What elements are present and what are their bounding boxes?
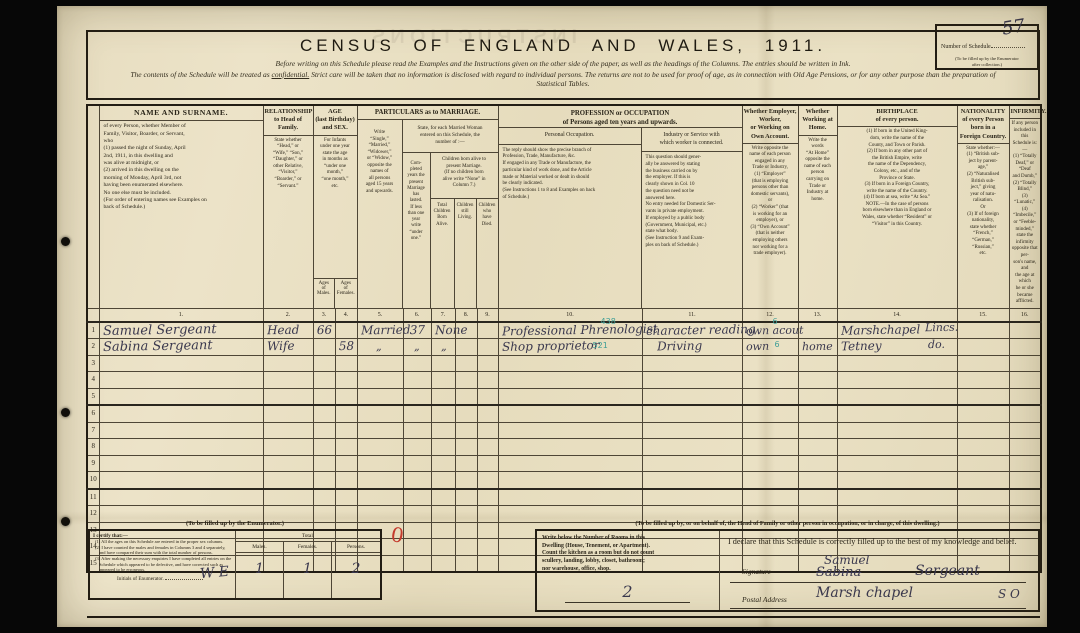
marriage-group-title: PARTICULARS as to MARRIAGE. [358,106,498,120]
cell-at-home: home [798,339,837,356]
name-column-instructions: of every Person, whether Member of Famil… [100,121,263,308]
total-label: Total. [236,531,380,542]
cell-years-married [403,405,431,422]
column-number: 13. [798,308,837,322]
handwriting: Shop proprietor [501,339,599,354]
row-number: 1 [87,322,99,339]
cell-condition: Married [357,322,403,339]
cell-relationship [263,405,313,422]
handwriting: Tetney [840,340,881,354]
cell-name [99,355,263,372]
cell-children-died [477,489,498,506]
cell-children-living [455,472,477,489]
handwriting: Samuel Sergeant [102,323,216,338]
table-row: 7 [87,422,1041,439]
handwriting: Marshchapel [840,323,920,337]
row-number-column-header [87,105,99,308]
cell-condition [357,455,403,472]
cell-birthplace [837,422,957,439]
postal-address-suffix: S O [998,587,1020,601]
form-header: CENSUS OF ENGLAND AND WALES, 1911. Befor… [86,30,1040,100]
column-header-marriage: PARTICULARS as to MARRIAGE. Write “Singl… [357,105,498,308]
cell-infirmity [1009,439,1041,456]
certify-item-1: (1) All the ages on this Schedule are en… [93,539,232,545]
cell-infirmity [1009,372,1041,389]
personal-occupation-title: Personal Occupation. [499,128,641,145]
cell-relationship [263,455,313,472]
cell-age-male [313,455,335,472]
ages-of-females-label: Ages of Females. [335,278,357,308]
cell-years-married [403,539,431,556]
cell-birthplace [837,455,957,472]
cell-children-died [477,372,498,389]
cell-children-died [477,388,498,405]
handwriting: 1 [284,561,331,577]
instruction-2-pre: The contents of the Schedule will be tre… [130,70,271,79]
cell-children-died [477,506,498,523]
cell-nationality [957,405,1009,422]
cell-children-born [431,472,455,489]
column-number: 9. [477,308,498,322]
cell-industry [642,472,742,489]
personal-occupation-instructions: The reply should show the precise branch… [499,145,641,308]
cell-children-born: „ [431,339,455,356]
column-header-profession: PROFESSION or OCCUPATION of Persons aged… [498,105,742,308]
table-row: 10 [87,472,1041,489]
cell-age-male [313,422,335,439]
cell-children-died [477,422,498,439]
cell-infirmity [1009,405,1041,422]
cell-years-married [403,506,431,523]
cell-occupation: Professional Phrenologist438 [498,322,642,339]
cell-infirmity [1009,388,1041,405]
handwriting: Wife [266,340,294,353]
cell-employment [742,355,798,372]
cell-children-living [455,355,477,372]
cell-name: Sabina Sergeant [99,339,263,356]
cell-industry [642,439,742,456]
at-home-column-instructions: Write the words “At Home” opposite the n… [799,136,837,308]
cell-employment [742,372,798,389]
cell-at-home [798,388,837,405]
ditto-mark: „ [441,340,447,353]
handwriting: do. [927,338,944,351]
cell-age-female [335,388,357,405]
cell-birthplace [837,489,957,506]
cell-children-died [477,555,498,572]
cell-at-home [798,489,837,506]
cell-children-born [431,489,455,506]
cell-relationship: Head [263,322,313,339]
cell-children-died [477,472,498,489]
bottom-rule [87,616,1040,618]
header-instruction-1: Before writing on this Schedule please r… [88,59,1038,68]
punch-hole [61,237,70,246]
cell-condition [357,472,403,489]
cell-employment [742,489,798,506]
column-header-relationship: RELATIONSHIP to Head of Family. State wh… [263,105,313,308]
cell-infirmity [1009,322,1041,339]
cell-birthplace [837,472,957,489]
rooms-cell: Write below the Number of Rooms in this … [537,531,720,610]
table-row: 8 [87,439,1041,456]
cell-name [99,472,263,489]
cell-children-living [455,539,477,556]
cell-children-died [477,439,498,456]
cell-infirmity [1009,422,1041,439]
signature-struck-name: Sabina [816,565,861,580]
cell-children-born [431,388,455,405]
cell-employment [742,422,798,439]
cell-years-married [403,472,431,489]
cell-infirmity [1009,355,1041,372]
dotted-line [165,575,203,580]
cell-age-male [313,339,335,356]
cell-industry [642,422,742,439]
declaration-text: I declare that this Schedule is correctl… [728,537,1030,546]
cell-children-living [455,439,477,456]
cell-children-living [455,405,477,422]
handwriting: 37 [403,324,430,337]
cell-condition [357,489,403,506]
cell-relationship [263,388,313,405]
cell-at-home [798,455,837,472]
handwriting: None [434,324,467,338]
handwriting: Sabina Sergeant [102,339,212,354]
cell-age-female [335,422,357,439]
cell-children-died [477,339,498,356]
column-number [87,308,99,322]
profession-group-title: PROFESSION or OCCUPATION of Persons aged… [499,106,742,128]
cell-age-female [335,439,357,456]
cell-name [99,388,263,405]
cell-children-born [431,555,455,572]
children-living-label: Children still Living. [455,199,477,308]
enumerator-box: I certify that:— (1) All the ages on thi… [88,529,382,600]
handwriting: 2 [332,561,380,577]
cell-children-died [477,405,498,422]
cell-children-born [431,405,455,422]
cell-name [99,439,263,456]
handwriting: 58 [335,340,356,353]
cell-condition [357,372,403,389]
cell-employment [742,388,798,405]
row-number: 5 [87,388,99,405]
cell-occupation [498,489,642,506]
cell-industry [642,405,742,422]
cell-condition [357,422,403,439]
females-total-cell: 1 [284,553,332,598]
cell-children-born: None [431,322,455,339]
header-instruction-2: The contents of the Schedule will be tre… [126,70,1000,88]
cell-years-married [403,372,431,389]
cell-birthplace [837,405,957,422]
cell-employment: own6 [742,339,798,356]
rooms-count-handwriting: 2 [622,582,632,601]
row-number: 2 [87,339,99,356]
cell-nationality [957,439,1009,456]
enumerator-initials-handwriting: W E [199,564,229,582]
row-number: 9 [87,455,99,472]
males-total-cell: 1 [236,553,284,598]
column-number: 14. [837,308,957,322]
males-label: Males. [236,542,284,553]
cell-birthplace: Tetneydo. [837,339,957,356]
cell-children-living [455,506,477,523]
column-header-age: AGE (last Birthday) and SEX. For Infants… [313,105,357,308]
cell-occupation [498,388,642,405]
females-label: Females. [284,542,332,553]
cell-age-female [335,472,357,489]
cell-relationship [263,422,313,439]
cell-at-home [798,472,837,489]
row-number: 8 [87,439,99,456]
cell-children-born [431,506,455,523]
cell-occupation [498,422,642,439]
handwriting: 66 [313,324,334,337]
table-row: 1 Samuel Sergeant Head 66 Married 37 Non… [87,322,1041,339]
birthplace-column-instructions: (1) If born in the United King- dom, wri… [838,127,957,307]
cell-condition [357,388,403,405]
certify-item-2: (2) I have counted the males and females… [93,545,232,556]
age-column-title: AGE (last Birthday) and SEX. [314,106,357,136]
cell-infirmity [1009,472,1041,489]
cell-birthplace [837,388,957,405]
column-number: 7. [431,308,455,322]
cell-children-living [455,422,477,439]
column-header-name: NAME AND SURNAME. of every Person, wheth… [99,105,263,308]
cell-children-born [431,455,455,472]
cell-years-married [403,455,431,472]
rooms-value-line: 2 [565,582,690,603]
cell-children-living [455,388,477,405]
column-header-employer: Whether Employer, Worker, or Working on … [742,105,798,308]
cell-birthplace [837,355,957,372]
cell-age-male [313,372,335,389]
cell-children-died [477,522,498,539]
handwriting: Lincs. [925,321,958,335]
cell-years-married [403,555,431,572]
children-born-label: Total Children Born Alive. [431,199,455,308]
cell-age-female [335,355,357,372]
cell-occupation [498,472,642,489]
nationality-column-title: NATIONALITY of every Person born in a Fo… [958,106,1009,144]
column-number: 3. [313,308,335,322]
cell-years-married [403,489,431,506]
column-number-strip: 1. 2. 3. 4. 5. 6. 7. 8. 9. 10. 11. 12. 1… [87,308,1041,322]
confidential-word: confidential. [272,70,310,79]
cell-age-female [335,455,357,472]
cell-nationality [957,455,1009,472]
row-number: 3 [87,355,99,372]
cell-children-died [477,322,498,339]
census-table: NAME AND SURNAME. of every Person, wheth… [86,104,1042,573]
table-row: 5 [87,388,1041,405]
cell-employment [742,405,798,422]
cell-nationality [957,472,1009,489]
cell-age-male [313,472,335,489]
cell-children-born [431,522,455,539]
cell-age-male: 66 [313,322,335,339]
cell-name [99,455,263,472]
cell-condition [357,439,403,456]
form-title: CENSUS OF ENGLAND AND WALES, 1911. [88,36,1038,56]
cell-age-male [313,489,335,506]
signature-handwriting: Samuel Sabina [816,563,861,581]
cell-name [99,422,263,439]
row-number: 10 [87,472,99,489]
row-number: 11 [87,489,99,506]
cell-relationship [263,472,313,489]
cell-children-born [431,439,455,456]
married-woman-note: State, for each Married Woman entered on… [403,120,498,153]
cell-age-male [313,439,335,456]
table-row: 6 [87,405,1041,422]
table-row: 11 [87,489,1041,506]
table-row: 2 Sabina Sergeant Wife 58 „ „ „ Shop pro… [87,339,1041,356]
cell-name [99,405,263,422]
cell-age-female [335,489,357,506]
cell-children-living [455,455,477,472]
cell-years-married [403,355,431,372]
cell-age-female [335,405,357,422]
row-number: 4 [87,372,99,389]
column-number: 11. [642,308,742,322]
cell-at-home [798,405,837,422]
cell-infirmity [1009,489,1041,506]
handwriting: Married [360,323,410,337]
cell-relationship [263,372,313,389]
cell-birthplace: MarshchapelLincs. [837,322,957,339]
nationality-column-instructions: State whether:— (1) “British sub- ject b… [958,144,1009,308]
column-header-nationality: NATIONALITY of every Person born in a Fo… [957,105,1009,308]
postal-address-handwriting: Marsh chapel [816,585,913,601]
cell-children-living [455,555,477,572]
cell-nationality [957,422,1009,439]
persons-label: Persons. [332,542,380,553]
cell-children-born [431,372,455,389]
column-number: 10. [498,308,642,322]
cell-occupation [498,355,642,372]
occupation-code-annotation: 521 [593,342,608,350]
cell-children-born [431,422,455,439]
cell-occupation [498,439,642,456]
cell-industry: Driving [642,339,742,356]
column-number: 12. [742,308,798,322]
cell-children-living [455,489,477,506]
cell-nationality [957,355,1009,372]
column-header-at-home: Whether Working at Home. Write the words… [798,105,837,308]
birthplace-column-title: BIRTHPLACE of every person. [838,106,957,127]
cell-occupation [498,455,642,472]
cell-years-married [403,439,431,456]
cell-nationality [957,489,1009,506]
relationship-column-instructions: State whether “Head,” or “Wife,” “Son,” … [264,136,313,308]
cell-occupation: Shop proprietor521 [498,339,642,356]
punch-hole [61,517,70,526]
cell-children-died [477,539,498,556]
industry-title: Industry or Service with which worker is… [642,128,742,152]
cell-years-married [403,522,431,539]
declaration-cell: I declare that this Schedule is correctl… [720,531,1038,610]
postal-address-label: Postal Address [742,595,787,604]
persons-total-cell: 2 [332,553,380,598]
cell-employment [742,455,798,472]
cell-relationship [263,439,313,456]
cell-relationship [263,355,313,372]
years-married-instructions: Com- pleted years the present Marriage h… [403,153,431,308]
cell-years-married: „ [403,339,431,356]
cell-at-home [798,439,837,456]
cell-industry [642,388,742,405]
handwriting: Driving [656,340,701,354]
cell-industry [642,372,742,389]
relationship-column-title: RELATIONSHIP to Head of Family. [264,106,313,136]
rooms-instructions: Write below the Number of Rooms in this … [542,535,714,573]
column-number: 1. [99,308,263,322]
cell-name [99,489,263,506]
infirmity-column-title: INFIRMITY. [1010,106,1041,119]
cell-occupation [498,405,642,422]
cell-condition: „ [357,339,403,356]
cell-relationship [263,489,313,506]
postal-address-row: Postal Address Marsh chapel S O [730,589,1026,609]
cell-industry [642,489,742,506]
cell-nationality [957,322,1009,339]
table-row: 4 [87,372,1041,389]
handwriting: character reading [645,323,755,338]
handwriting: 1 [236,561,283,577]
at-home-column-title: Whether Working at Home. [799,106,837,136]
cell-children-living [455,522,477,539]
column-number: 4. [335,308,357,322]
cell-at-home [798,355,837,372]
ages-of-males-label: Ages of Males. [314,278,336,308]
handwriting: own [745,340,768,353]
cell-nationality [957,388,1009,405]
ditto-mark: „ [375,340,381,353]
cell-age-male [313,405,335,422]
cell-age-male [313,388,335,405]
cell-occupation [498,372,642,389]
cell-industry [642,355,742,372]
householder-section-heading: (To be filled up by, or on behalf of, th… [535,520,1040,527]
signature-row: Signature Samuel Sabina Sergeant [730,561,1026,583]
row-number: 6 [87,405,99,422]
column-number: 8. [455,308,477,322]
initials-label: Initials of Enumerator. [117,576,164,582]
table-row: 9 [87,455,1041,472]
column-header-birthplace: BIRTHPLACE of every person. (1) If born … [837,105,957,308]
cell-industry [642,455,742,472]
employer-column-title: Whether Employer, Worker, or Working on … [743,106,798,144]
cell-years-married [403,388,431,405]
cell-at-home [798,322,837,339]
age-column-instructions: For Infants under one year state the age… [314,136,357,278]
cell-birthplace [837,372,957,389]
cell-employment [742,439,798,456]
householder-box: Write below the Number of Rooms in this … [535,529,1040,612]
cell-employment: own acout6 [742,322,798,339]
children-died-label: Children who have Died. [477,199,498,308]
column-number: 16. [1009,308,1041,322]
census-schedule-page: INSTRUCTIONS Number of Schedule (To be f… [57,6,1047,627]
column-number: 2. [263,308,313,322]
cell-nationality [957,372,1009,389]
cell-nationality [957,339,1009,356]
instruction-2-post: Strict care will be taken that no inform… [309,70,995,88]
cell-age-female: 58 [335,339,357,356]
